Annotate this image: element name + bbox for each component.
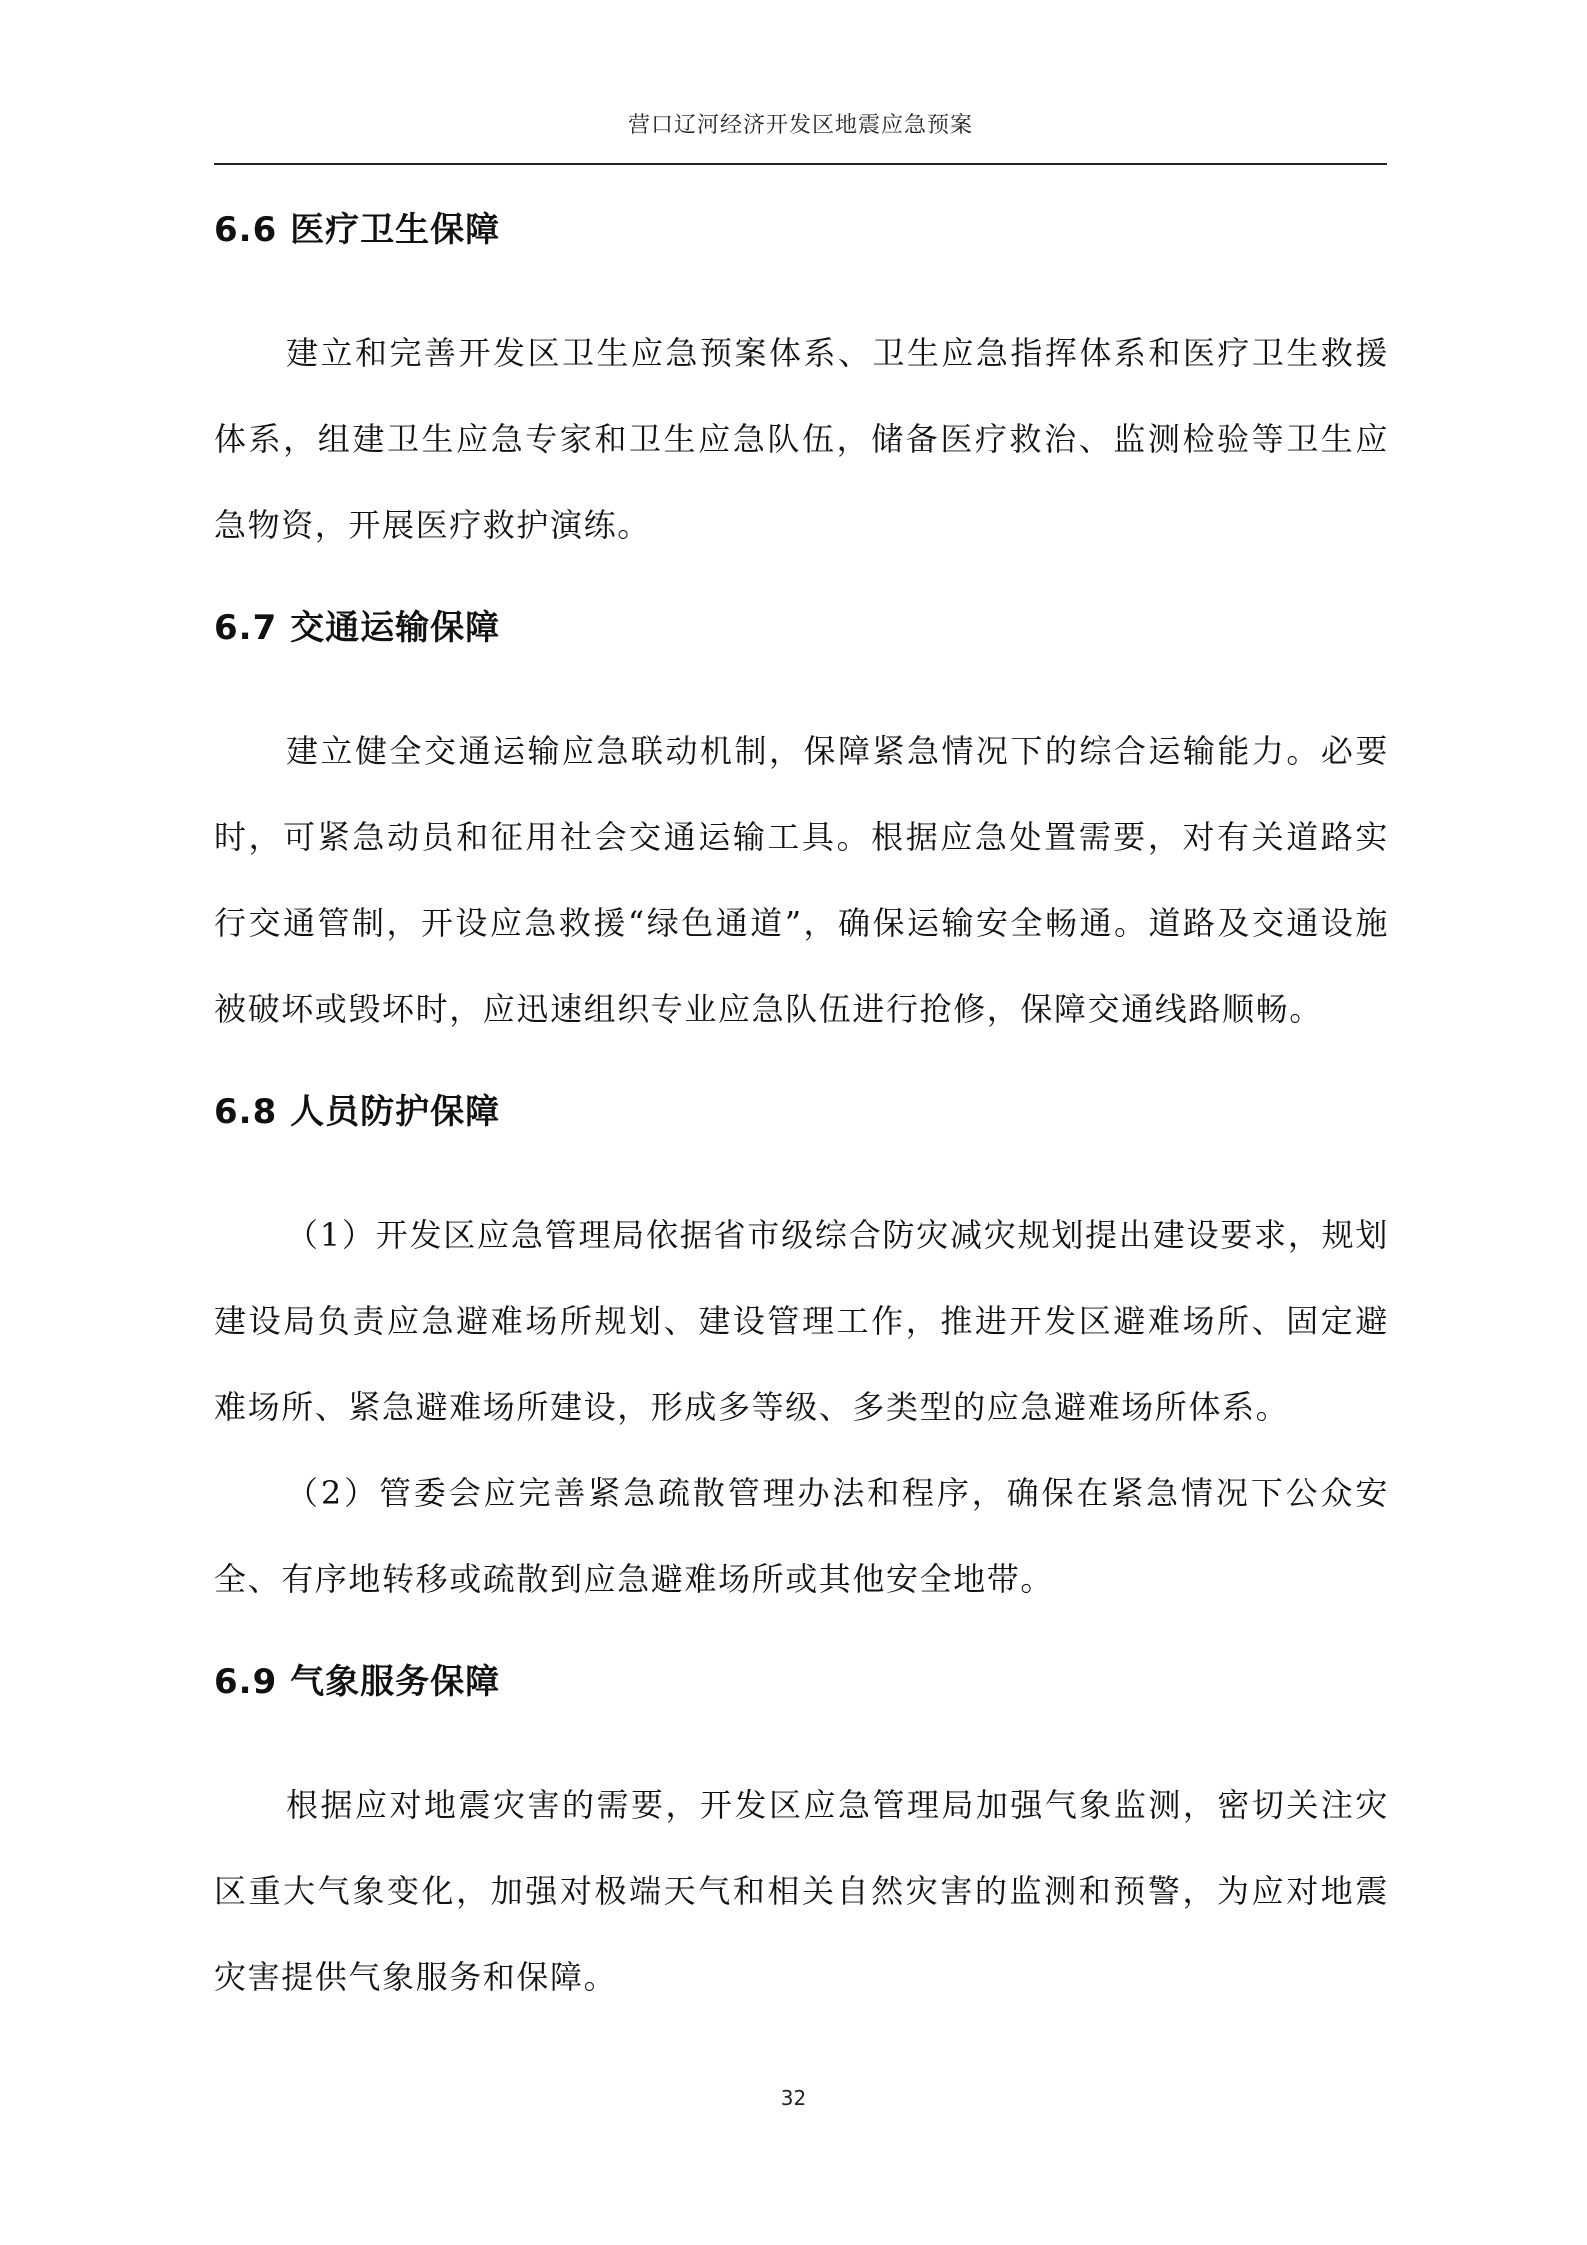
header-divider: [214, 163, 1387, 165]
section-title: 6.9 气象服务保障: [214, 1652, 1389, 1712]
running-header: 营口辽河经济开发区地震应急预案: [214, 108, 1387, 139]
section-6-6: 6.6 医疗卫生保障 建立和完善开发区卫生应急预案体系、卫生应急指挥体系和医疗卫…: [214, 200, 1389, 598]
section-title: 6.7 交通运输保障: [214, 598, 1389, 658]
paragraph: 建立健全交通运输应急联动机制，保障紧急情况下的综合运输能力。必要时，可紧急动员和…: [214, 708, 1389, 1052]
document-body: 6.6 医疗卫生保障 建立和完善开发区卫生应急预案体系、卫生应急指挥体系和医疗卫…: [214, 200, 1389, 2020]
page-number: 32: [0, 2086, 1587, 2110]
paragraph: 根据应对地震灾害的需要，开发区应急管理局加强气象监测，密切关注灾区重大气象变化，…: [214, 1762, 1389, 2020]
section-6-7: 6.7 交通运输保障 建立健全交通运输应急联动机制，保障紧急情况下的综合运输能力…: [214, 598, 1389, 1082]
section-6-9: 6.9 气象服务保障 根据应对地震灾害的需要，开发区应急管理局加强气象监测，密切…: [214, 1652, 1389, 2020]
section-6-8: 6.8 人员防护保障 （1）开发区应急管理局依据省市级综合防灾减灾规划提出建设要…: [214, 1082, 1389, 1652]
paragraph: （2）管委会应完善紧急疏散管理办法和程序，确保在紧急情况下公众安全、有序地转移或…: [214, 1450, 1389, 1622]
paragraph: 建立和完善开发区卫生应急预案体系、卫生应急指挥体系和医疗卫生救援体系，组建卫生应…: [214, 310, 1389, 568]
section-title: 6.6 医疗卫生保障: [214, 200, 1389, 260]
paragraph: （1）开发区应急管理局依据省市级综合防灾减灾规划提出建设要求，规划建设局负责应急…: [214, 1192, 1389, 1450]
section-title: 6.8 人员防护保障: [214, 1082, 1389, 1142]
